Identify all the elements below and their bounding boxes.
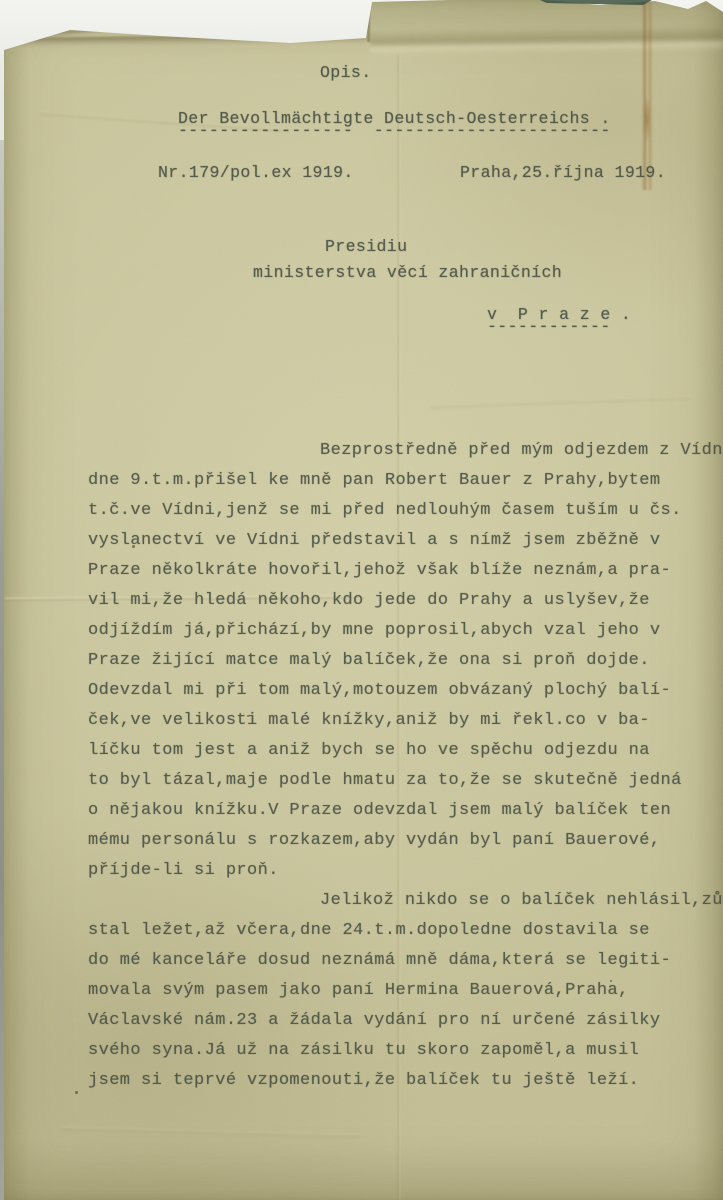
wrinkle: [60, 1126, 360, 1138]
body-line: svého syna.Já už na zásilku tu skoro zap…: [88, 1036, 708, 1066]
copy-label: Opis.: [320, 58, 372, 88]
scanner-background: Opis. Der Bevollmächtigte Deutsch-Oester…: [0, 0, 723, 1200]
flap-fold-crease: [370, 26, 723, 57]
paper-sheet: Opis. Der Bevollmächtigte Deutsch-Oester…: [0, 0, 723, 1200]
body-line: mému personálu s rozkazem,aby vydán byl …: [88, 826, 708, 856]
body-line: t.č.ve Vídni,jenž se mi před nedlouhým č…: [88, 496, 708, 526]
body-line: Praze několkráte hovořil,jehož však blíž…: [88, 556, 708, 586]
body-line: Václavské nám.23 a žádala vydání pro ní …: [88, 1006, 708, 1036]
body-line: líčku tom jest a aniž bych se ho ve spěc…: [88, 736, 708, 766]
body-line: Praze žijící matce malý balíček,že ona s…: [88, 646, 708, 676]
body-line: o nějakou knížku.V Praze odevzdal jsem m…: [88, 796, 708, 826]
body-line: do mé kanceláře dosud neznámá mně dáma,k…: [88, 946, 708, 976]
rust-stain: [643, 96, 651, 142]
body-line: Jelikož nikdo se o balíček nehlásil,zů-: [88, 886, 708, 916]
body-line: movala svým pasem jako paní Hermina Baue…: [88, 976, 708, 1006]
body-line: dne 9.t.m.přišel ke mně pan Robert Bauer…: [88, 466, 708, 496]
body-line: vil mi,že hledá někoho,kdo jede do Prahy…: [88, 586, 708, 616]
body-line: Bezprostředně před mým odjezdem z Vídně,: [88, 436, 708, 466]
addressee-city-underline: ------------: [487, 312, 611, 342]
addressee-ministry: ministerstva věcí zahraničních: [253, 258, 562, 288]
document-scan: { "scan": { "background_color": "#e7e8e3…: [0, 0, 723, 1200]
reference-number: Nr.179/pol.ex 1919.: [158, 158, 354, 188]
body-line: stal ležet,až včera,dne 24.t.m.dopoledne…: [88, 916, 708, 946]
body-line: vyslanectví ve Vídni představil a s nímž…: [88, 526, 708, 556]
body-line: to byl tázal,maje podle hmatu za to,že s…: [88, 766, 708, 796]
letter-body: Bezprostředně před mým odjezdem z Vídně,…: [88, 436, 708, 1096]
body-line: Odevzdal mi při tom malý,motouzem obváza…: [88, 676, 708, 706]
speck: [75, 1091, 78, 1094]
body-line: příjde-li si proň.: [88, 856, 708, 886]
wrinkle: [430, 395, 690, 408]
dateline: Praha,25.října 1919.: [460, 158, 666, 188]
body-line: jsem si teprvé vzpomenouti,že balíček tu…: [88, 1066, 708, 1096]
body-line: odjíždím já,přichází,by mne poprosil,aby…: [88, 616, 708, 646]
body-line: ček,ve velikosti malé knížky,aniž by mi …: [88, 706, 708, 736]
sender-underline: ----------------- ----------------------…: [178, 116, 611, 146]
